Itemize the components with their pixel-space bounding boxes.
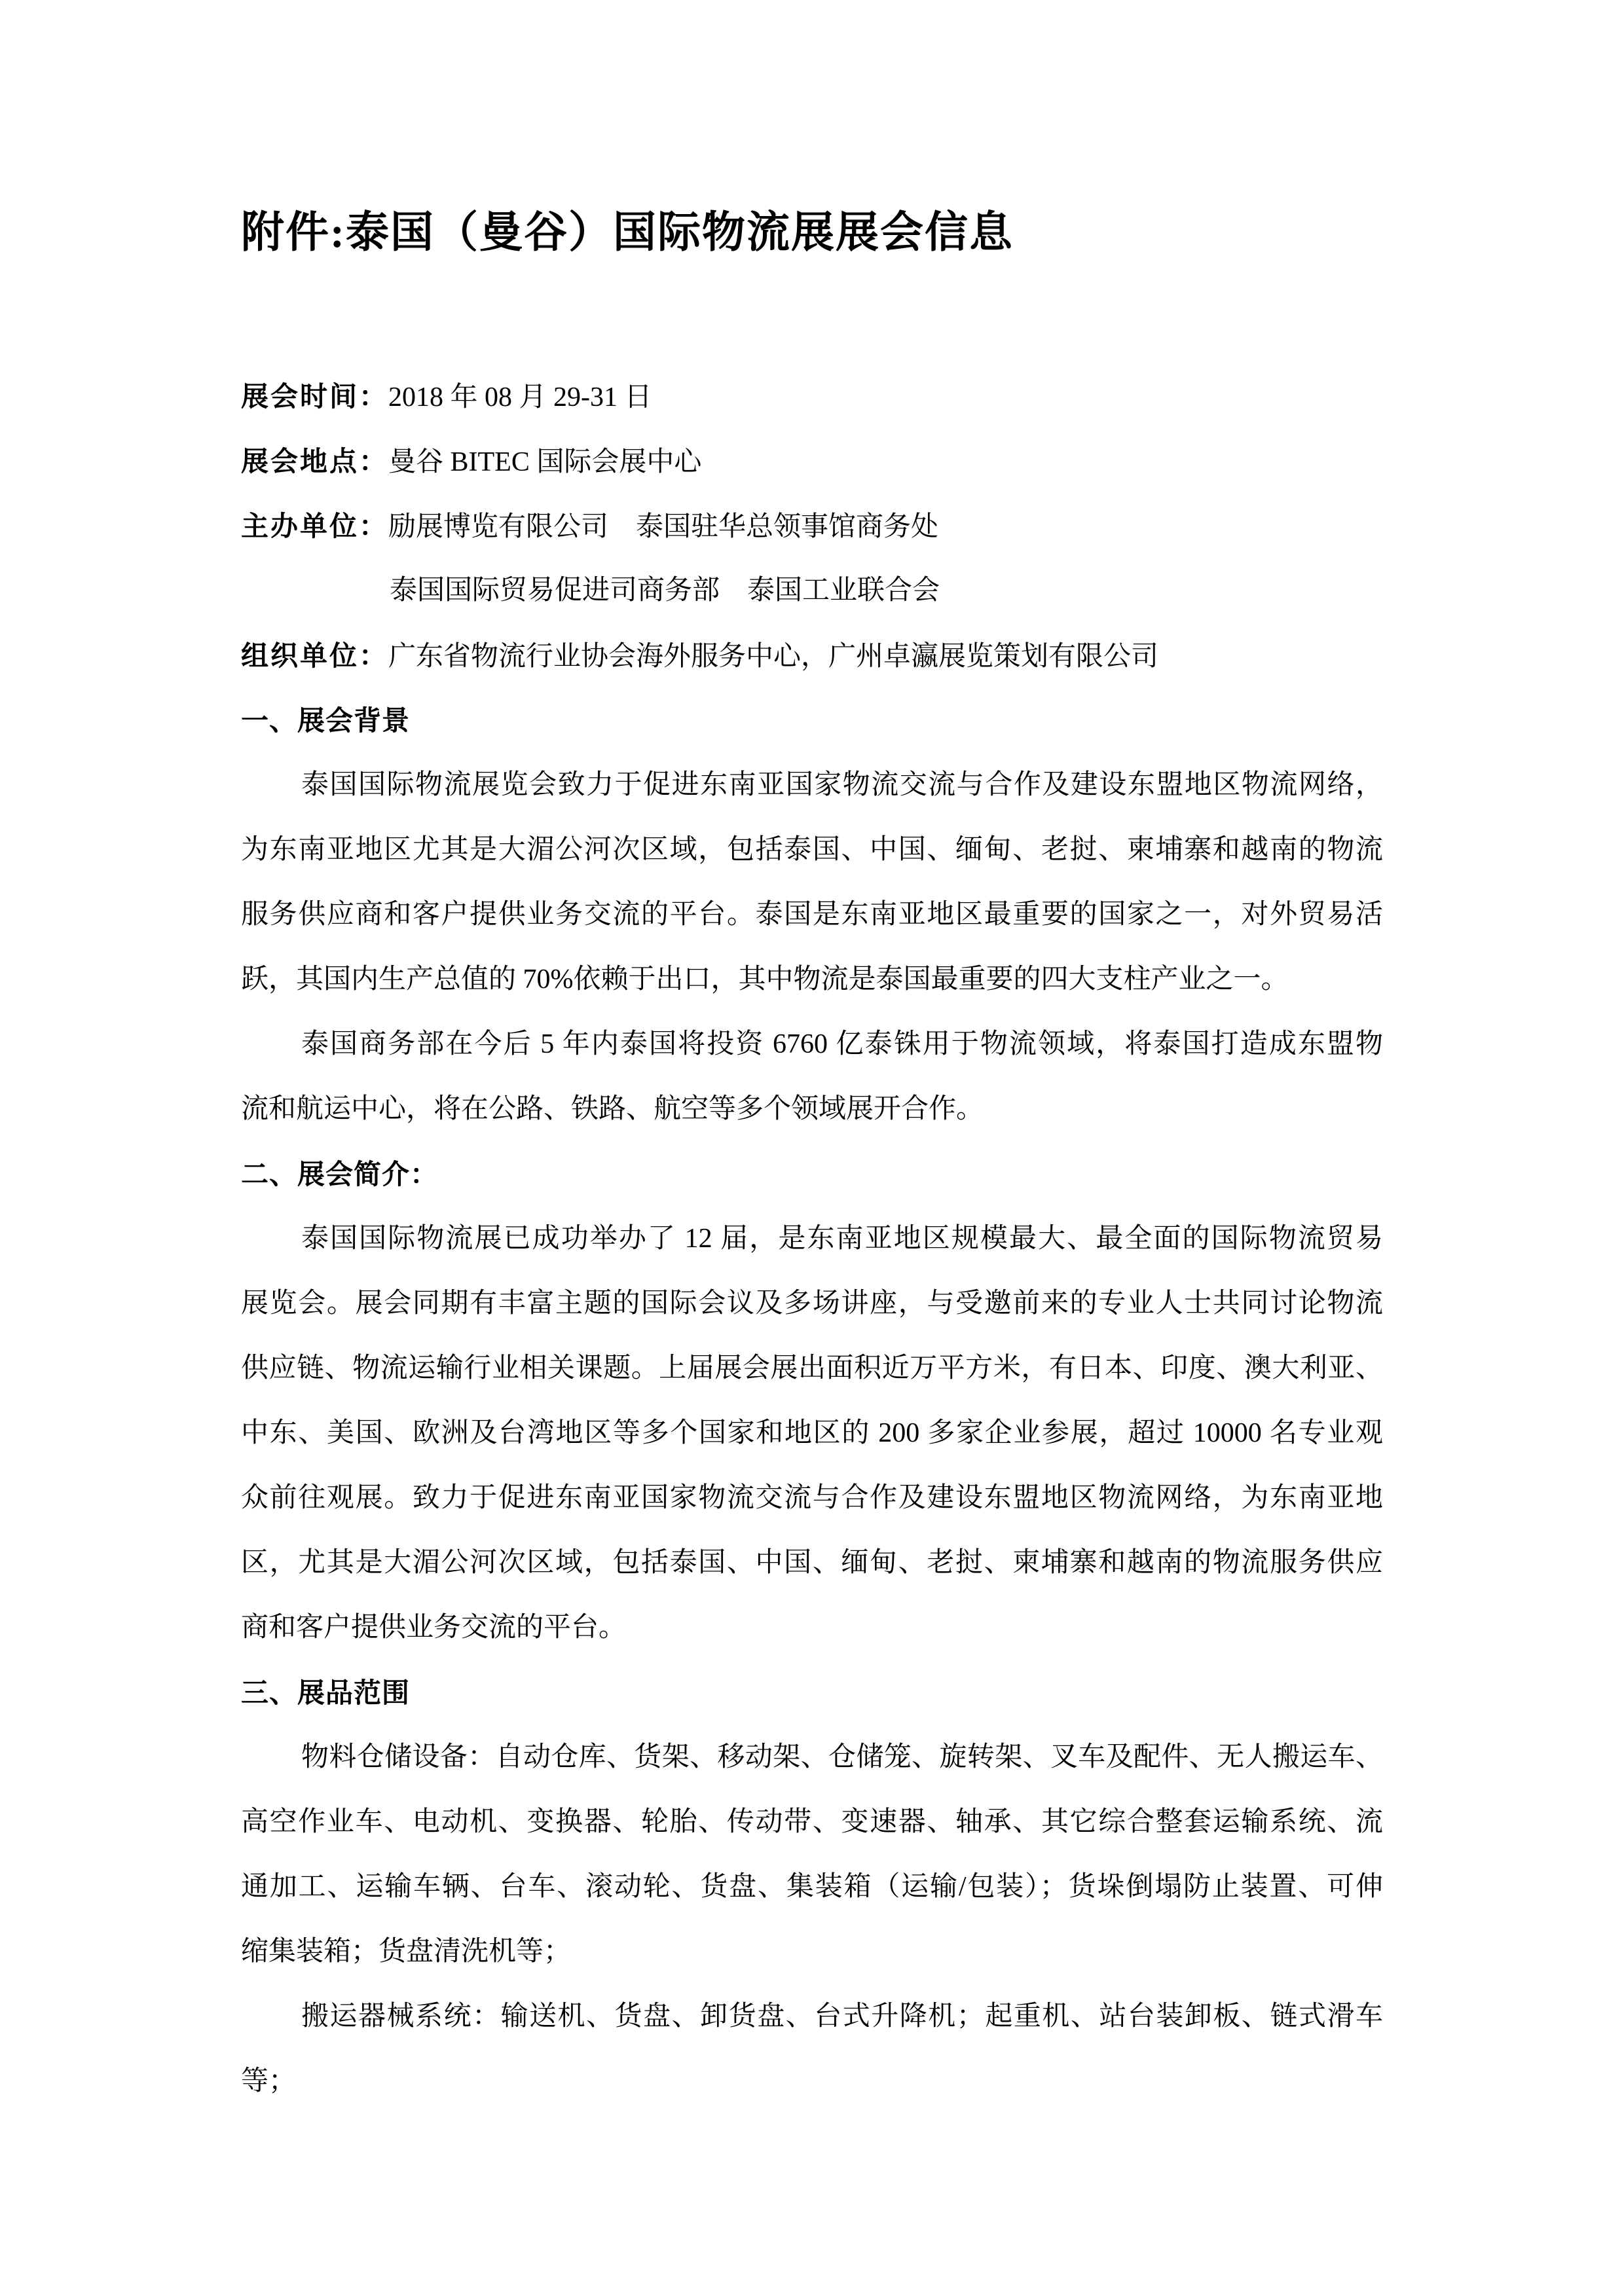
meta-value: 曼谷 BITEC 国际会展中心	[388, 447, 701, 477]
paragraph-line: 流和航运中心，将在公路、铁路、航空等多个领域展开合作。	[241, 1077, 1383, 1142]
paragraph-line: 泰国国际物流展已成功举办了 12 届，是东南亚地区规模最大、最全面的国际物流贸易	[241, 1207, 1383, 1271]
document-body: 一、展会背景 泰国国际物流展览会致力于促进东南亚国家物流交流与合作及建设东盟地区…	[241, 688, 1383, 2114]
meta-section: 展会时间：2018 年 08 月 29-31 日 展会地点：曼谷 BITEC 国…	[241, 364, 1383, 688]
meta-label: 组织单位：	[241, 640, 388, 671]
paragraph-line: 物料仓储设备：自动仓库、货架、移动架、仓储笼、旋转架、叉车及配件、无人搬运车、	[241, 1725, 1383, 1790]
paragraph-line: 通加工、运输车辆、台车、滚动轮、货盘、集装箱（运输/包装）；货垛倒塌防止装置、可…	[241, 1855, 1383, 1920]
paragraph-line: 等；	[241, 2049, 1383, 2114]
meta-row-exhibition-venue: 展会地点：曼谷 BITEC 国际会展中心	[241, 429, 1383, 494]
paragraph-line: 搬运器械系统：输送机、货盘、卸货盘、台式升降机；起重机、站台装卸板、链式滑车	[241, 1984, 1383, 2049]
paragraph-line: 众前往观展。致力于促进东南亚国家物流交流与合作及建设东盟地区物流网络，为东南亚地	[241, 1466, 1383, 1531]
paragraph-line: 高空作业车、电动机、变换器、轮胎、传动带、变速器、轴承、其它综合整套运输系统、流	[241, 1790, 1383, 1855]
meta-value: 泰国国际贸易促进司商务部 泰国工业联合会	[390, 575, 940, 606]
paragraph-line: 泰国商务部在今后 5 年内泰国将投资 6760 亿泰铢用于物流领域，将泰国打造成…	[241, 1012, 1383, 1077]
paragraph-line: 商和客户提供业务交流的平台。	[241, 1595, 1383, 1660]
document-page: 附件:泰国（曼谷）国际物流展展会信息 展会时间：2018 年 08 月 29-3…	[0, 0, 1624, 2296]
section-heading-background: 一、展会背景	[241, 688, 1383, 753]
paragraph-line: 中东、美国、欧洲及台湾地区等多个国家和地区的 200 多家企业参展，超过 100…	[241, 1401, 1383, 1466]
paragraph-line: 区，尤其是大湄公河次区域，包括泰国、中国、缅甸、老挝、柬埔寨和越南的物流服务供应	[241, 1531, 1383, 1595]
page-title: 附件:泰国（曼谷）国际物流展展会信息	[241, 194, 1383, 272]
meta-label: 展会时间：	[241, 381, 388, 412]
meta-value: 广东省物流行业协会海外服务中心，广州卓瀛展览策划有限公司	[388, 642, 1158, 672]
meta-row-exhibition-time: 展会时间：2018 年 08 月 29-31 日	[241, 364, 1383, 429]
paragraph-line: 供应链、物流运输行业相关课题。上届展会展出面积近万平方米，有日本、印度、澳大利亚…	[241, 1336, 1383, 1401]
paragraph-line: 为东南亚地区尤其是大湄公河次区域，包括泰国、中国、缅甸、老挝、柬埔寨和越南的物流	[241, 818, 1383, 883]
section-heading-exhibit-scope: 三、展品范围	[241, 1660, 1383, 1725]
meta-value: 励展博览有限公司 泰国驻华总领事馆商务处	[388, 512, 938, 542]
meta-row-host-organizer-continued: 泰国国际贸易促进司商务部 泰国工业联合会	[241, 558, 1383, 623]
paragraph-line: 缩集装箱；货盘清洗机等；	[241, 1920, 1383, 1984]
meta-label: 主办单位：	[241, 511, 388, 541]
meta-row-organizing-unit: 组织单位：广东省物流行业协会海外服务中心，广州卓瀛展览策划有限公司	[241, 623, 1383, 688]
paragraph-line: 展览会。展会同期有丰富主题的国际会议及多场讲座，与受邀前来的专业人士共同讨论物流	[241, 1271, 1383, 1336]
meta-row-host-organizer: 主办单位：励展博览有限公司 泰国驻华总领事馆商务处	[241, 494, 1383, 558]
section-heading-introduction: 二、展会简介：	[241, 1142, 1383, 1207]
paragraph-line: 泰国国际物流展览会致力于促进东南亚国家物流交流与合作及建设东盟地区物流网络，	[241, 753, 1383, 818]
paragraph-line: 跃，其国内生产总值的 70%依赖于出口，其中物流是泰国最重要的四大支柱产业之一。	[241, 947, 1383, 1012]
paragraph-line: 服务供应商和客户提供业务交流的平台。泰国是东南亚地区最重要的国家之一，对外贸易活	[241, 883, 1383, 947]
meta-value: 2018 年 08 月 29-31 日	[388, 382, 652, 412]
meta-label: 展会地点：	[241, 446, 388, 477]
